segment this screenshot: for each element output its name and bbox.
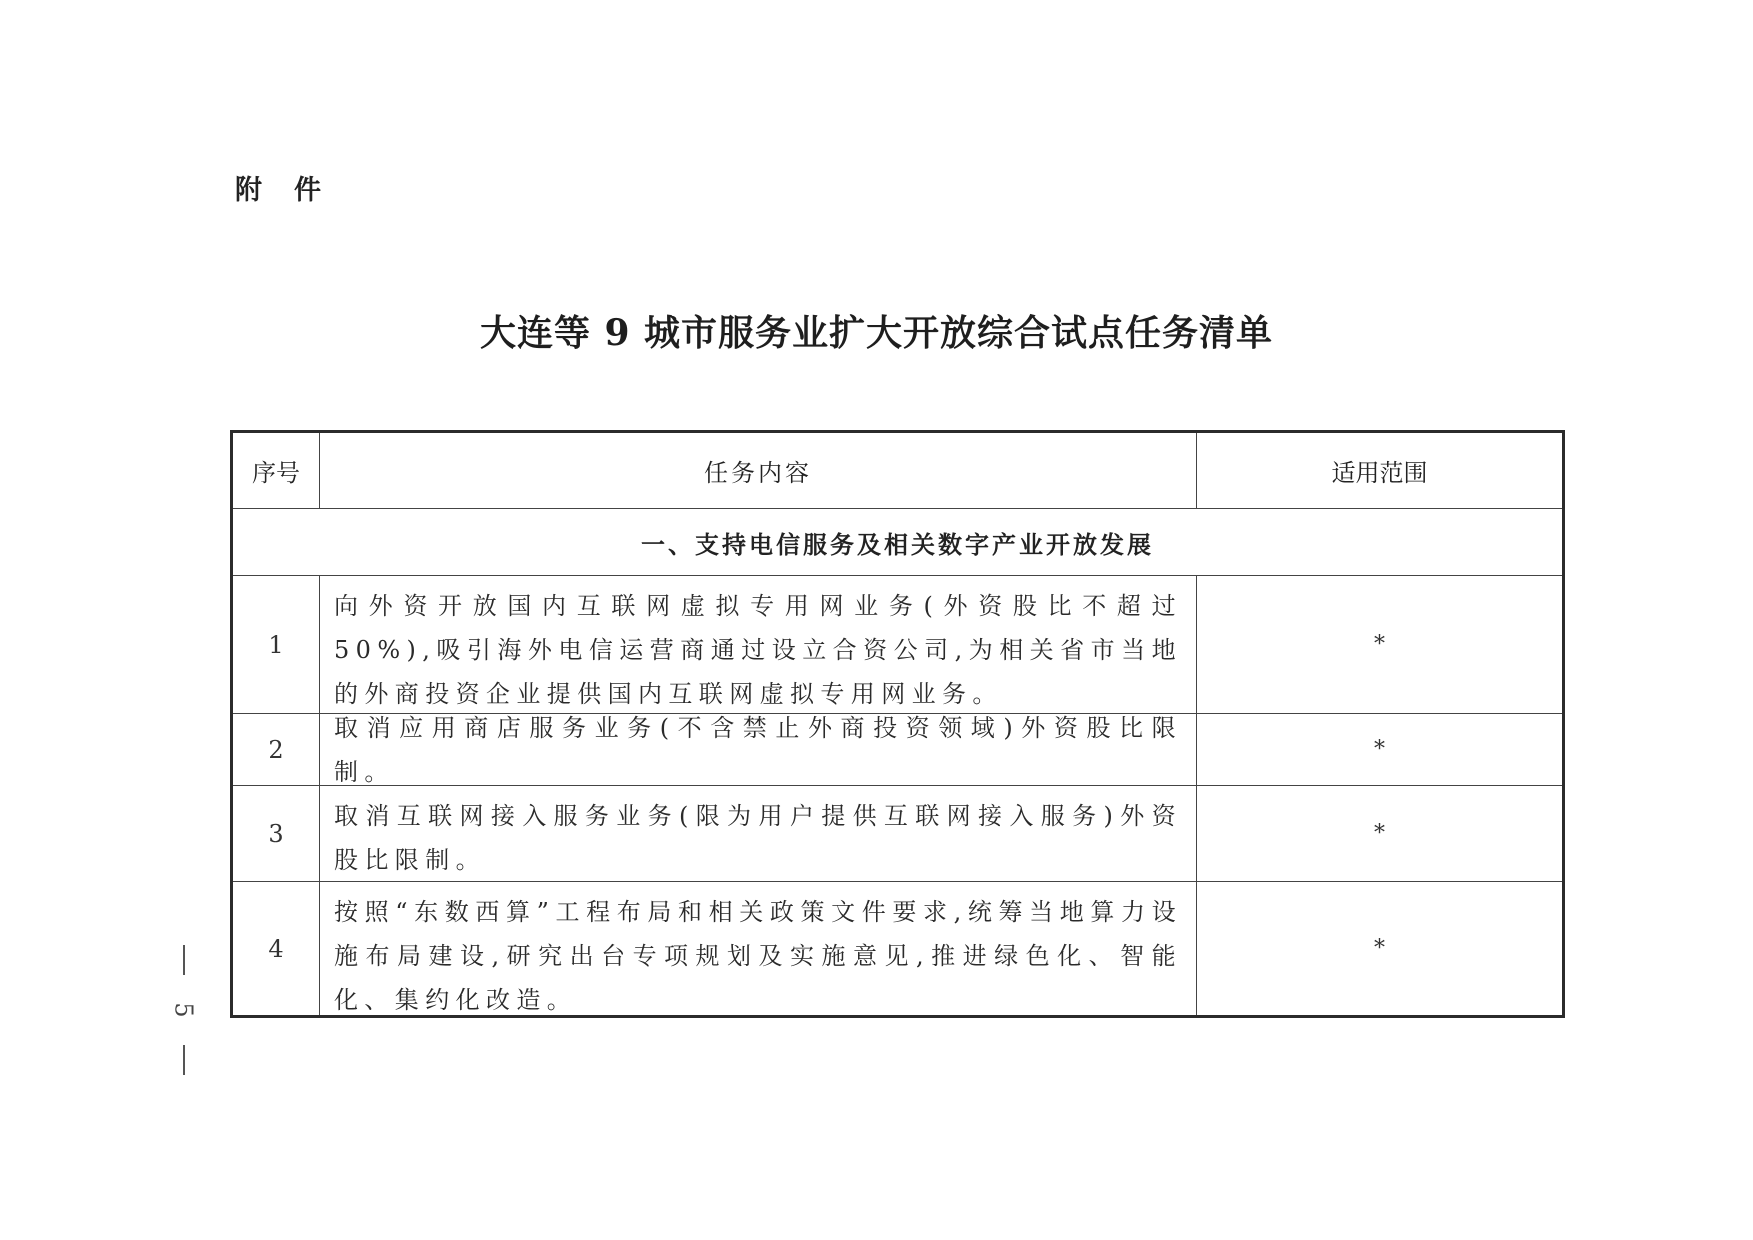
- table-row: 2 取消应用商店服务业务(不含禁止外商投资领域)外资股比限制。 *: [233, 713, 1562, 785]
- section-heading: 一、支持电信服务及相关数字产业开放发展: [233, 508, 1562, 575]
- column-header-scope: 适用范围: [1197, 433, 1562, 508]
- page-number-dash-bottom: [183, 1045, 185, 1075]
- row-scope: *: [1197, 786, 1562, 881]
- row-content: 按照“东数西算”工程布局和相关政策文件要求,统筹当地算力设施布局建设,研究出台专…: [320, 882, 1197, 1015]
- row-content: 向外资开放国内互联网虚拟专用网业务(外资股比不超过 50%),吸引海外电信运营商…: [320, 576, 1197, 713]
- table-header-row: 序号 任务内容 适用范围: [233, 433, 1562, 508]
- row-scope: *: [1197, 576, 1562, 713]
- task-list-table: 序号 任务内容 适用范围 一、支持电信服务及相关数字产业开放发展 1 向外资开放…: [230, 430, 1565, 1018]
- row-index: 3: [233, 786, 320, 881]
- page-number-dash-top: [183, 945, 185, 975]
- row-index: 1: [233, 576, 320, 713]
- document-title: 大连等 9 城市服务业扩大开放综合试点任务清单: [0, 305, 1753, 356]
- attachment-label: 附件: [235, 168, 353, 207]
- row-content: 取消应用商店服务业务(不含禁止外商投资领域)外资股比限制。: [320, 714, 1197, 785]
- page-number-value: 5: [170, 1002, 198, 1017]
- row-scope: *: [1197, 714, 1562, 785]
- table-row: 1 向外资开放国内互联网虚拟专用网业务(外资股比不超过 50%),吸引海外电信运…: [233, 575, 1562, 713]
- table-row: 3 取消互联网接入服务业务(限为用户提供互联网接入服务)外资股比限制。 *: [233, 785, 1562, 881]
- page-number: 5: [168, 945, 200, 1075]
- column-header-index: 序号: [233, 433, 320, 508]
- column-header-content: 任务内容: [320, 433, 1197, 508]
- table-row: 4 按照“东数西算”工程布局和相关政策文件要求,统筹当地算力设施布局建设,研究出…: [233, 881, 1562, 1015]
- row-index: 2: [233, 714, 320, 785]
- row-scope: *: [1197, 882, 1562, 1015]
- row-content: 取消互联网接入服务业务(限为用户提供互联网接入服务)外资股比限制。: [320, 786, 1197, 881]
- row-index: 4: [233, 882, 320, 1015]
